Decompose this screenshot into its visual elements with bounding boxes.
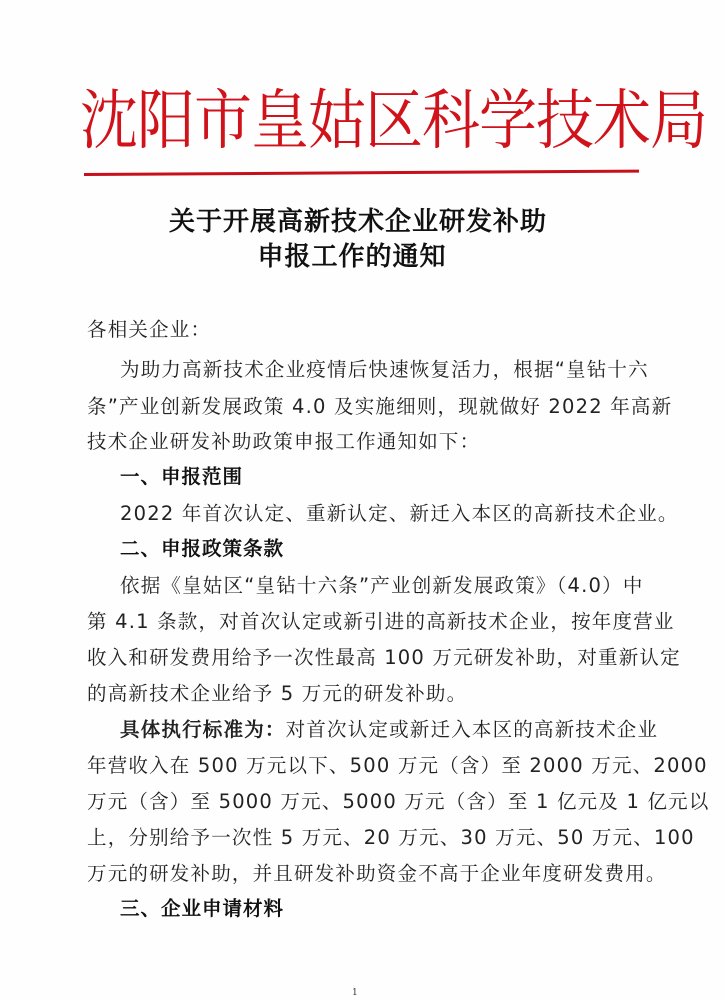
letterhead-char: 学 (479, 75, 536, 165)
standard-lead: 具体执行标准为： (120, 718, 286, 741)
letterhead-char: 区 (365, 75, 422, 165)
section-1-heading: 一、申报范围 (120, 461, 680, 489)
standard-line-1: 具体执行标准为：对首次认定或新迁入本区的高新技术企业 (120, 714, 680, 742)
document-page: 沈 阳 市 皇 姑 区 科 学 技 术 局 关于开展高新技术企业研发补助 申报工… (0, 0, 724, 1000)
letterhead-char: 皇 (251, 75, 308, 165)
letterhead-char: 沈 (80, 75, 137, 165)
standard-line-5: 万元的研发补助，并且研发补助资金不高于企业年度研发费用。 (87, 858, 647, 886)
letterhead-char: 技 (536, 75, 593, 165)
intro-line-2: 条”产业创新发展政策 4.0 及实施细则，现就做好 2022 年高新 (87, 391, 647, 419)
section-3-heading: 三、企业申请材料 (120, 893, 680, 921)
letterhead-title: 沈 阳 市 皇 姑 区 科 学 技 术 局 (80, 75, 650, 165)
section-2-line-2: 第 4.1 条款，对首次认定或新引进的高新技术企业，按年度营业 (87, 606, 647, 634)
intro-line-1: 为助力高新技术企业疫情后快速恢复活力，根据“皇钻十六 (120, 354, 680, 382)
standard-line-1-rest: 对首次认定或新迁入本区的高新技术企业 (286, 718, 659, 741)
letterhead-char: 市 (194, 75, 251, 165)
section-2-line-4: 的高新技术企业给予 5 万元的研发补助。 (87, 678, 647, 706)
letterhead-char: 姑 (308, 75, 365, 165)
document-title-line-2: 申报工作的通知 (0, 236, 714, 273)
letterhead-divider (84, 170, 639, 176)
document-title-line-1: 关于开展高新技术企业研发补助 (0, 201, 720, 238)
standard-line-3: 万元（含）至 5000 万元、5000 万元（含）至 1 亿元及 1 亿元以 (87, 786, 647, 814)
letterhead-char: 阳 (137, 75, 194, 165)
section-2-line-3: 收入和研发费用给予一次性最高 100 万元研发补助，对重新认定 (87, 642, 647, 670)
standard-line-2: 年营收入在 500 万元以下、500 万元（含）至 2000 万元、2000 (87, 750, 647, 778)
letterhead-char: 局 (650, 75, 707, 165)
section-1-text: 2022 年首次认定、重新认定、新迁入本区的高新技术企业。 (120, 498, 680, 526)
section-2-line-1: 依据《皇姑区“皇钻十六条”产业创新发展政策》（4.0）中 (120, 570, 680, 598)
section-2-heading: 二、申报政策条款 (120, 533, 680, 561)
letterhead-char: 科 (422, 75, 479, 165)
salutation: 各相关企业： (87, 314, 647, 342)
intro-line-3: 技术企业研发补助政策申报工作通知如下： (87, 426, 647, 454)
page-number: 1 (352, 988, 358, 998)
standard-line-4: 上，分别给予一次性 5 万元、20 万元、30 万元、50 万元、100 (87, 822, 647, 850)
letterhead-char: 术 (593, 75, 650, 165)
